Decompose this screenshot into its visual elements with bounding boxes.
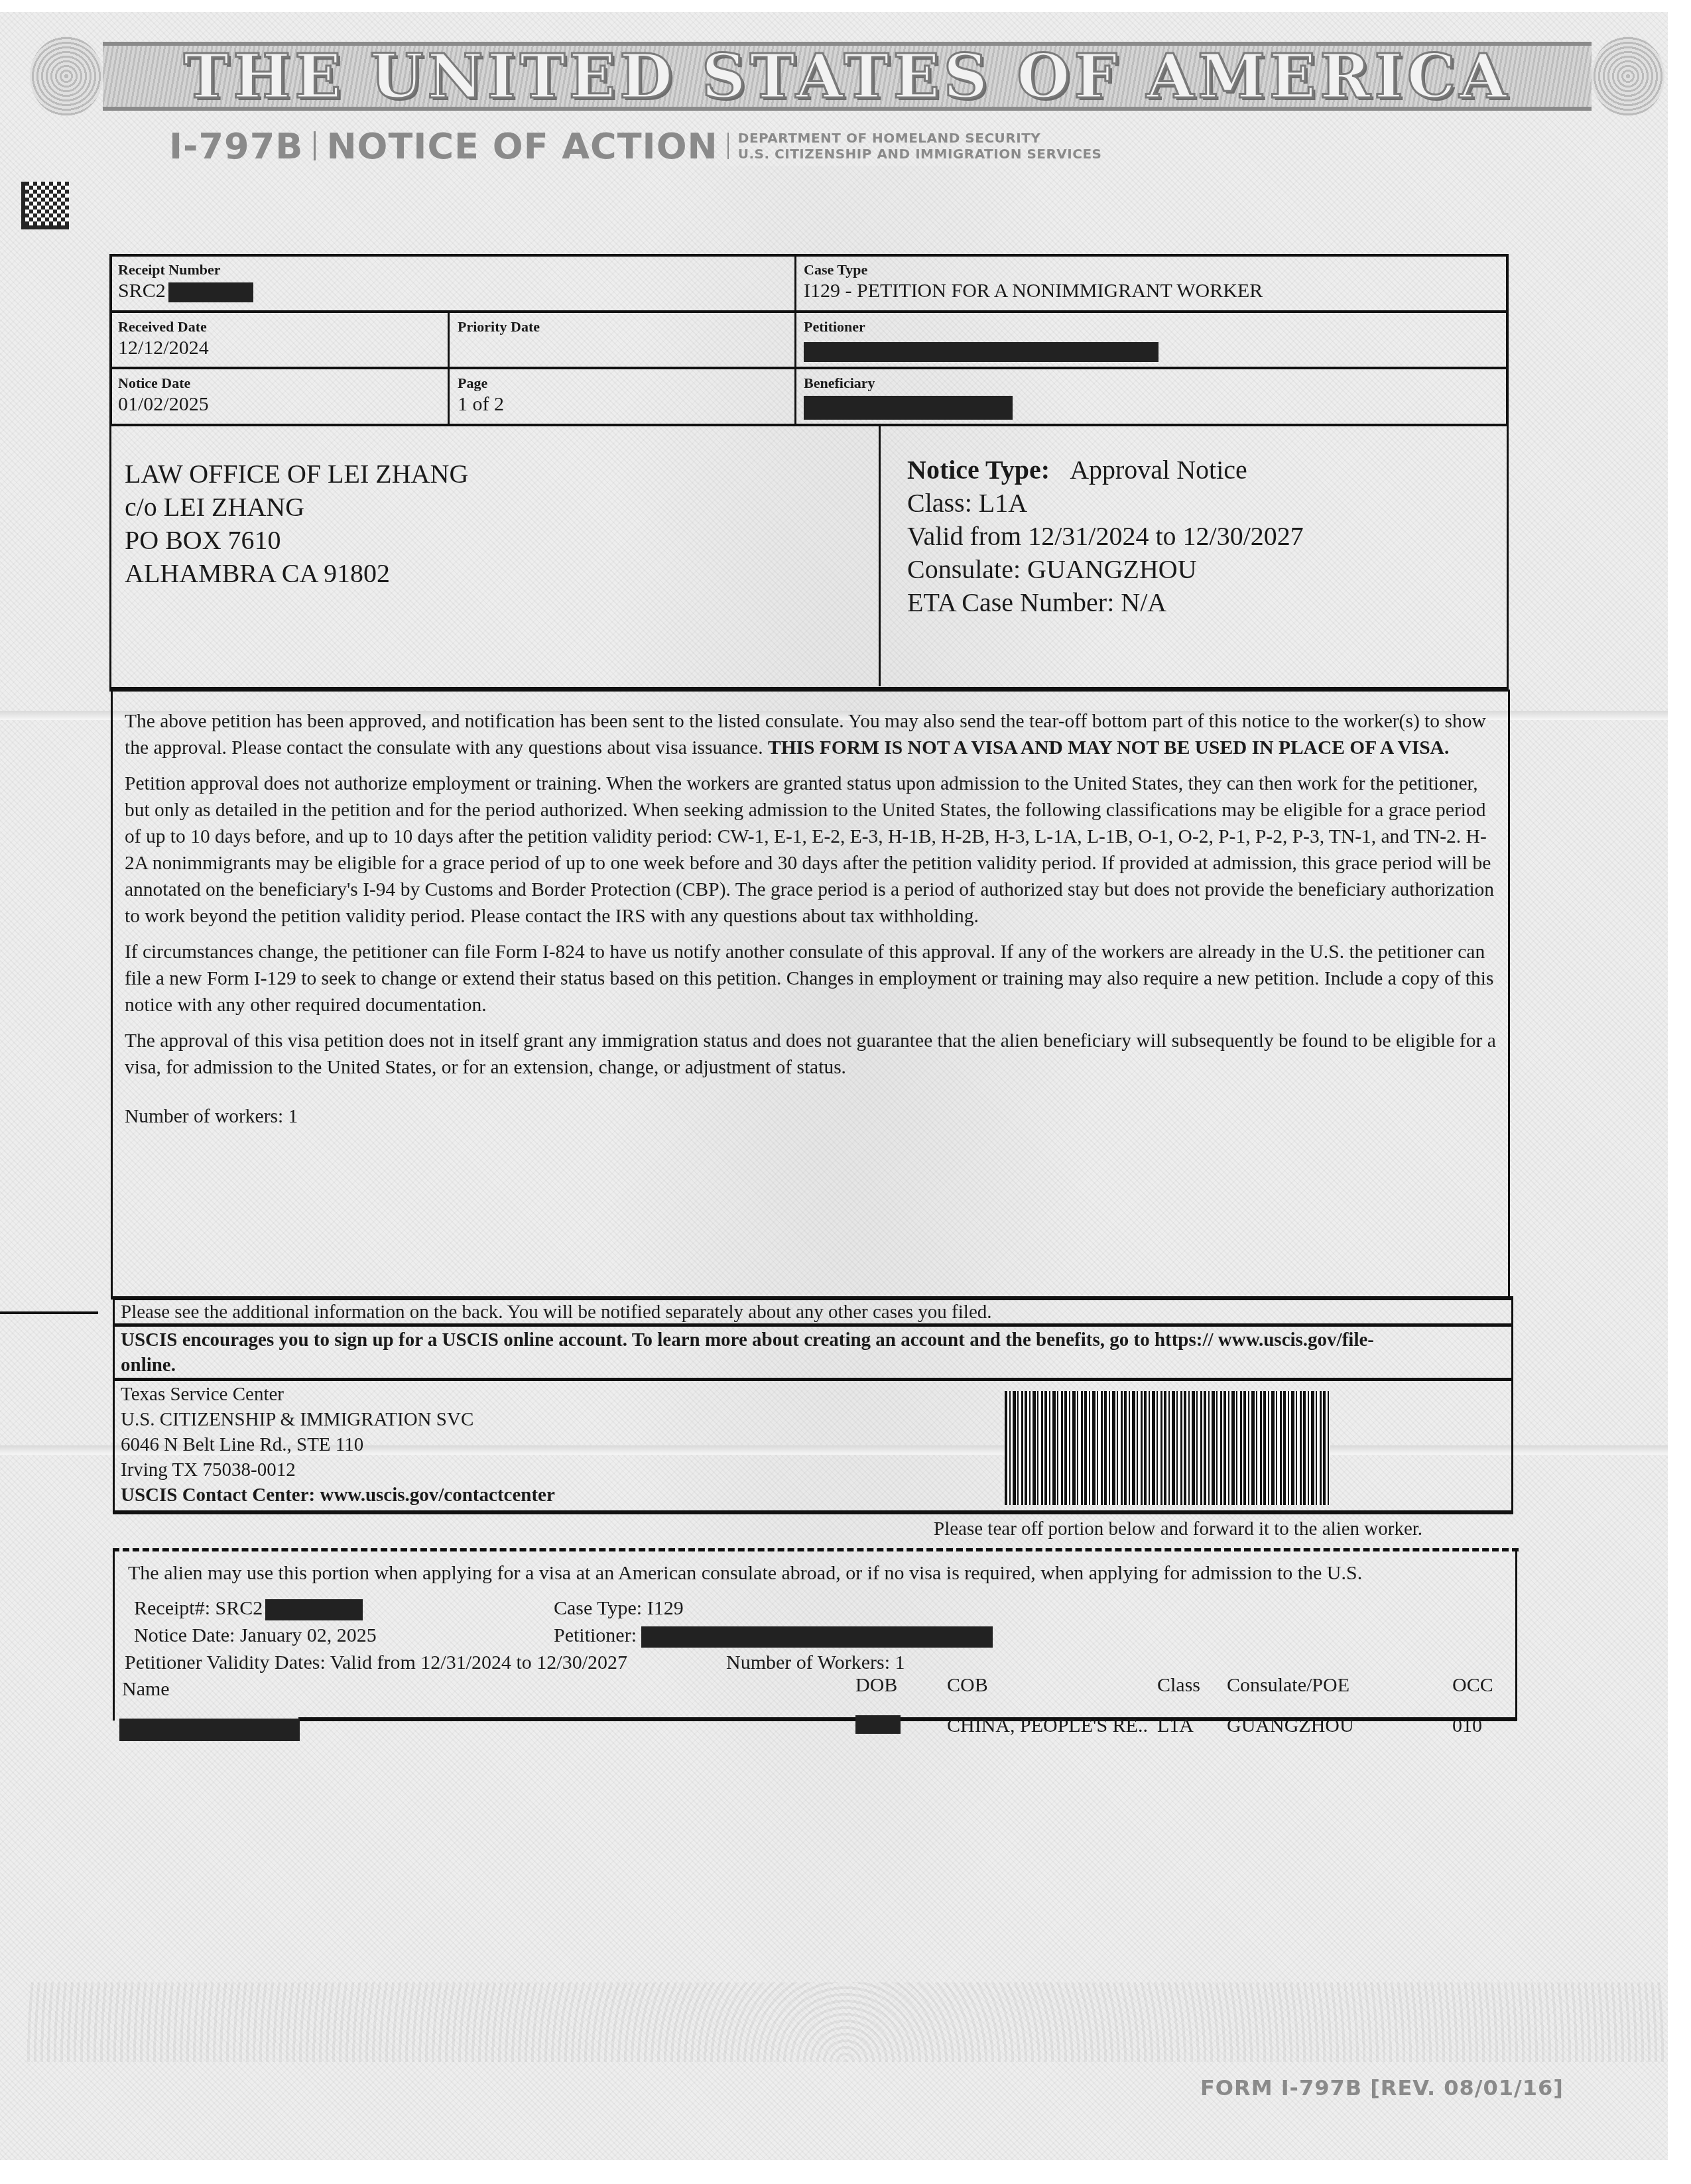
class-line: Class: L1A [907, 487, 1304, 520]
grace-period-paragraph: Petition approval does not authorize emp… [125, 770, 1496, 930]
divider [879, 424, 881, 686]
divider [113, 1510, 1513, 1514]
petitioner-value [804, 337, 1500, 362]
fold-mark [0, 1311, 98, 1314]
divider [109, 367, 1509, 369]
department-name: DEPARTMENT OF HOMELAND SECURITY U.S. CIT… [738, 130, 1102, 162]
redaction [641, 1626, 993, 1648]
notice-date-value: 01/02/2025 [118, 393, 440, 416]
form-id: I-797B [169, 125, 303, 167]
tear-off-workers: Number of Workers: 1 [726, 1651, 905, 1675]
column-occ: OCC [1452, 1673, 1493, 1697]
header-banner: THE UNITED STATES OF AMERICA [30, 30, 1664, 123]
form-revision: FORM I-797B [REV. 08/01/16] [1200, 2075, 1564, 2100]
service-center-line: 6046 N Belt Line Rd., STE 110 [121, 1432, 555, 1457]
contact-center-link[interactable]: USCIS Contact Center: www.uscis.gov/cont… [121, 1483, 555, 1508]
class-value: L1A [1157, 1714, 1194, 1738]
divider [109, 310, 1509, 313]
received-date-label: Received Date [118, 318, 440, 335]
department-line2: U.S. CITIZENSHIP AND IMMIGRATION SERVICE… [738, 146, 1102, 162]
divider [113, 1378, 1513, 1381]
status-disclaimer-paragraph: The approval of this visa petition does … [125, 1028, 1496, 1081]
ornament-left-icon [30, 36, 103, 116]
service-center-line: U.S. CITIZENSHIP & IMMIGRATION SVC [121, 1407, 555, 1432]
additional-info-note: Please see the additional information on… [121, 1300, 992, 1325]
notice-date-label: Notice Date [118, 375, 440, 392]
redaction [804, 342, 1159, 362]
tear-off-case-type: Case Type: I129 [554, 1597, 684, 1620]
banner-title: THE UNITED STATES OF AMERICA [184, 40, 1511, 112]
circumstances-paragraph: If circumstances change, the petitioner … [125, 939, 1496, 1018]
mailing-address: LAW OFFICE OF LEI ZHANG c/o LEI ZHANG PO… [125, 457, 468, 590]
tear-off-instruction: Please tear off portion below and forwar… [934, 1516, 1422, 1542]
column-name: Name [122, 1677, 170, 1701]
consulate-line: Consulate: GUANGZHOU [907, 553, 1304, 586]
address-line: c/o LEI ZHANG [125, 491, 468, 524]
redaction [804, 396, 1013, 420]
divider [314, 131, 316, 160]
service-center-name: Texas Service Center [121, 1382, 555, 1407]
receipt-number-value: SRC2 [118, 280, 788, 302]
receipt-number-cell: Receipt Number SRC2 [111, 257, 794, 306]
case-type-label: Case Type [804, 261, 1500, 278]
cob-value: CHINA, PEOPLE'S RE.. [947, 1714, 1148, 1738]
redaction-name [119, 1719, 300, 1741]
eta-case-number-line: ETA Case Number: N/A [907, 586, 1304, 619]
datamatrix-code-icon [21, 182, 69, 229]
divider [1515, 1548, 1517, 1721]
ornament-right-icon [1592, 36, 1664, 116]
valid-dates-line: Valid from 12/31/2024 to 12/30/2027 [907, 520, 1304, 553]
petitioner-cell: Petitioner [797, 314, 1507, 366]
beneficiary-label: Beneficiary [804, 375, 1500, 392]
tear-off-notice-date: Notice Date: January 02, 2025 [134, 1624, 377, 1648]
priority-date-label: Priority Date [458, 318, 786, 335]
tear-off-petitioner: Petitioner: [554, 1624, 993, 1648]
barcode-icon [1005, 1391, 1330, 1505]
page-value: 1 of 2 [458, 393, 786, 416]
address-line: PO BOX 7610 [125, 524, 468, 557]
tear-off-intro: The alien may use this portion when appl… [128, 1561, 1362, 1585]
notice-type-label: Notice Type: [907, 455, 1050, 485]
redaction-dob [855, 1715, 901, 1734]
beneficiary-cell: Beneficiary [797, 371, 1507, 424]
case-type-cell: Case Type I129 - PETITION FOR A NONIMMIG… [797, 257, 1507, 306]
number-of-workers: Number of workers: 1 [125, 1103, 1496, 1130]
petitioner-label: Petitioner [804, 318, 1500, 335]
received-date-value: 12/12/2024 [118, 337, 440, 359]
occ-value: 010 [1452, 1714, 1482, 1738]
column-class: Class [1157, 1673, 1200, 1697]
service-center-line: Irving TX 75038-0012 [121, 1457, 555, 1483]
beneficiary-value [804, 393, 1500, 420]
tear-line [113, 1548, 1519, 1551]
receipt-number-label: Receipt Number [118, 261, 788, 278]
tear-off-validity: Petitioner Validity Dates: Valid from 12… [125, 1651, 627, 1675]
redaction [168, 282, 253, 302]
service-center-address: Texas Service Center U.S. CITIZENSHIP & … [121, 1382, 555, 1508]
divider [794, 254, 796, 426]
received-date-cell: Received Date 12/12/2024 [111, 314, 446, 363]
redaction [265, 1599, 363, 1620]
notice-details: Notice Type: Approval Notice Class: L1A … [907, 454, 1304, 619]
form-header: I-797B NOTICE OF ACTION DEPARTMENT OF HO… [169, 125, 1102, 167]
department-line1: DEPARTMENT OF HOMELAND SECURITY [738, 130, 1102, 146]
column-dob: DOB [855, 1673, 897, 1697]
page-label: Page [458, 375, 786, 392]
priority-date-cell: Priority Date [451, 314, 792, 341]
address-line: ALHAMBRA CA 91802 [125, 557, 468, 590]
divider [727, 133, 729, 159]
guilloche-border [27, 1982, 1664, 2062]
column-consulate-poe: Consulate/POE [1227, 1673, 1349, 1697]
not-a-visa-warning: THIS FORM IS NOT A VISA AND MAY NOT BE U… [768, 737, 1449, 758]
online-account-note: USCIS encourages you to sign up for a US… [121, 1327, 1381, 1378]
case-type-value: I129 - PETITION FOR A NONIMMIGRANT WORKE… [804, 280, 1500, 302]
approval-paragraph: The above petition has been approved, an… [125, 708, 1496, 761]
divider [113, 1548, 115, 1721]
notice-date-cell: Notice Date 01/02/2025 [111, 371, 446, 420]
column-cob: COB [947, 1673, 988, 1697]
consulate-value: GUANGZHOU [1227, 1714, 1354, 1738]
form-title: NOTICE OF ACTION [326, 125, 718, 167]
body-text: The above petition has been approved, an… [125, 708, 1496, 1139]
notice-type-value: Approval Notice [1070, 455, 1247, 485]
address-line: LAW OFFICE OF LEI ZHANG [125, 457, 468, 491]
page-cell: Page 1 of 2 [451, 371, 792, 420]
tear-off-receipt: Receipt#: SRC2 [134, 1597, 363, 1620]
